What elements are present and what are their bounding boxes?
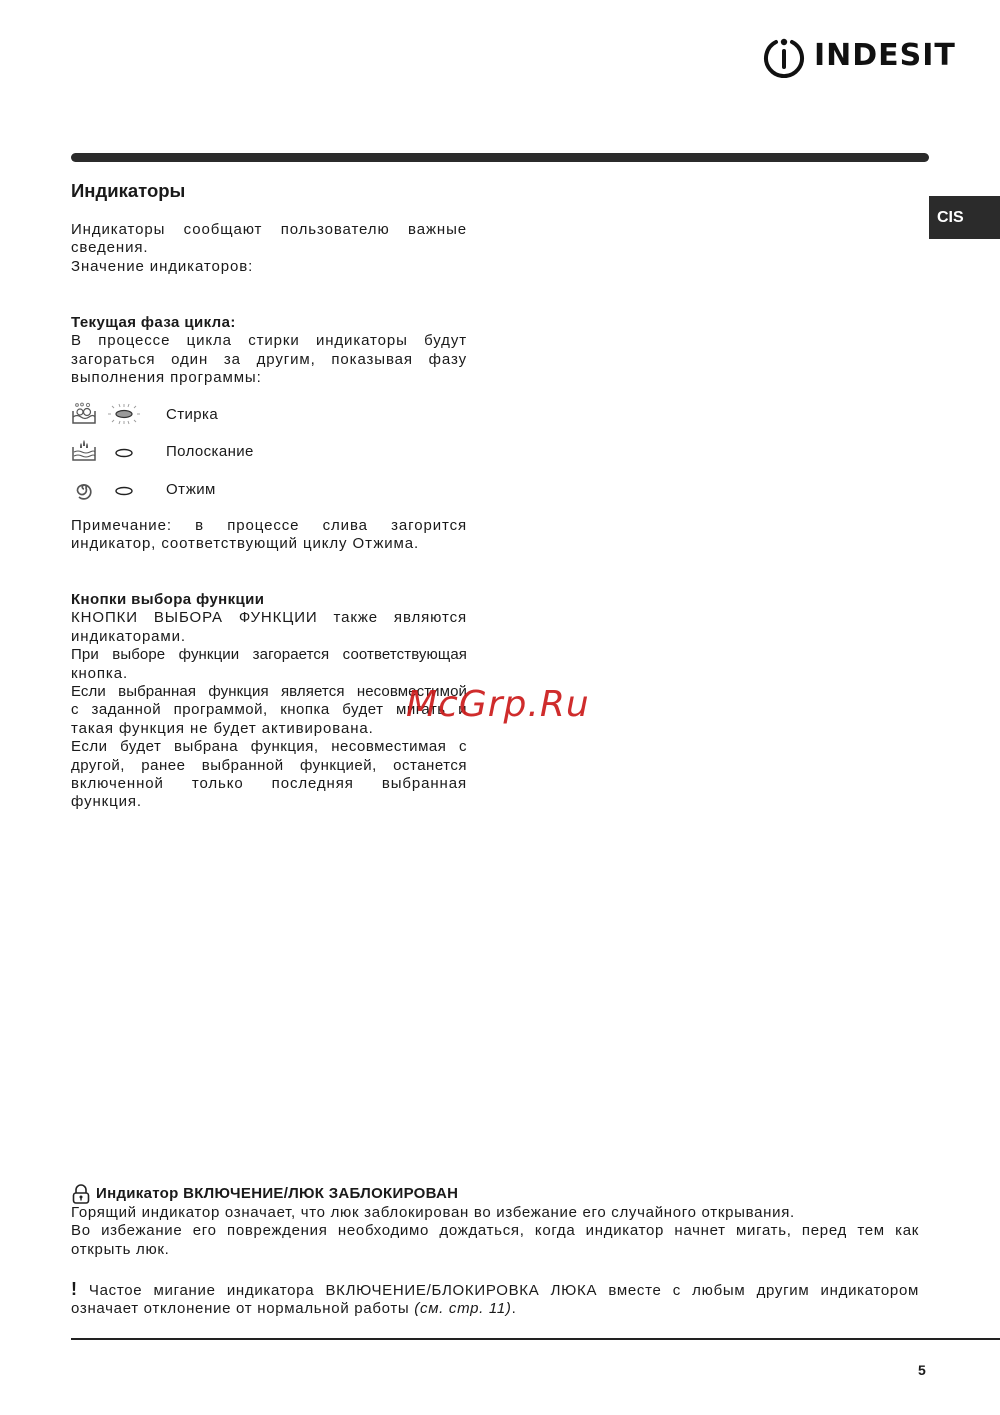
phase-led-lit [107, 402, 141, 426]
function-line: индикаторами. [71, 628, 467, 646]
page-number: 5 [918, 1362, 926, 1378]
door-lock-line: Во избежание его повреждения необходимо … [71, 1222, 919, 1240]
function-line: включенной только последняя выбранная [71, 775, 467, 793]
door-lock-heading: Индикатор ВКЛЮЧЕНИЕ/ЛЮК ЗАБЛОКИРОВАН [96, 1185, 458, 1203]
door-lock-block: Индикатор ВКЛЮЧЕНИЕ/ЛЮК ЗАБЛОКИРОВАН Гор… [71, 1184, 919, 1259]
language-tab: CIS [929, 196, 1000, 239]
intro-line: Значение индикаторов: [71, 258, 467, 276]
footer-divider [71, 1338, 1000, 1340]
warning-line: означает отклонение от нормальной работы… [71, 1300, 919, 1318]
phase-row-rinse: Полоскание [71, 439, 141, 463]
function-line: другой, ранее выбранной функцией, остане… [71, 757, 467, 775]
cycle-phase-line: загораться один за другим, показывая фаз… [71, 351, 467, 369]
phase-label: Стирка [166, 406, 218, 423]
section-title: Индикаторы [71, 180, 185, 202]
header-divider [71, 153, 929, 162]
phase-label: Отжим [166, 481, 216, 498]
intro-paragraph: Индикаторы сообщают пользователю важные … [71, 221, 467, 276]
function-line: кнопка. [71, 665, 467, 683]
intro-line: Индикаторы сообщают пользователю важные [71, 221, 467, 239]
function-buttons-heading: Кнопки выбора функции [71, 591, 467, 609]
cycle-phase-line: В процессе цикла стирки индикаторы будут [71, 332, 467, 350]
cycle-phase-line: выполнения программы: [71, 369, 467, 387]
page-reference: (см. стр. 11) [414, 1300, 511, 1317]
function-line: Если будет выбрана функция, несовместима… [71, 738, 467, 756]
warning-text: . [512, 1300, 517, 1317]
function-line: При выборе функции загорается соответств… [71, 646, 467, 664]
brand-logo-icon [762, 34, 806, 78]
phase-label: Полоскание [166, 443, 254, 460]
warning-block: ! Частое мигание индикатора ВКЛЮЧЕНИЕ/БЛ… [71, 1280, 919, 1319]
phase-row-spin: Отжим [71, 477, 141, 501]
function-line: функция. [71, 793, 467, 811]
drain-note: Примечание: в процессе слива загорится и… [71, 517, 467, 554]
function-line: КНОПКИ ВЫБОРА ФУНКЦИИ также являются [71, 609, 467, 627]
rinse-icon [71, 439, 97, 463]
cycle-phase-heading: Текущая фаза цикла: [71, 314, 467, 332]
phase-row-wash: Стирка [71, 402, 141, 426]
door-lock-line: Горящий индикатор означает, что люк забл… [71, 1204, 919, 1222]
spin-icon [71, 477, 97, 501]
warning-text: Частое мигание индикатора ВКЛЮЧЕНИЕ/БЛОК… [89, 1282, 919, 1299]
exclamation-icon: ! [71, 1279, 78, 1299]
cycle-phase-block: Текущая фаза цикла: В процессе цикла сти… [71, 314, 467, 388]
brand-name: INDESIT [814, 34, 956, 78]
note-line: индикатор, соответствующий циклу Отжима. [71, 535, 467, 553]
intro-line: сведения. [71, 239, 467, 257]
note-line: Примечание: в процессе слива загорится [71, 517, 467, 535]
phase-led-off [107, 439, 141, 463]
indesit-logo: INDESIT [762, 34, 956, 78]
door-lock-line: открыть люк. [71, 1241, 919, 1259]
wash-icon [71, 402, 97, 426]
door-lock-heading-row: Индикатор ВКЛЮЧЕНИЕ/ЛЮК ЗАБЛОКИРОВАН [71, 1184, 919, 1204]
lock-icon [71, 1184, 91, 1204]
watermark: McGrp.Ru [406, 684, 590, 725]
phase-led-off [107, 477, 141, 501]
warning-text: означает отклонение от нормальной работы [71, 1300, 414, 1317]
warning-line: ! Частое мигание индикатора ВКЛЮЧЕНИЕ/БЛ… [71, 1280, 919, 1300]
